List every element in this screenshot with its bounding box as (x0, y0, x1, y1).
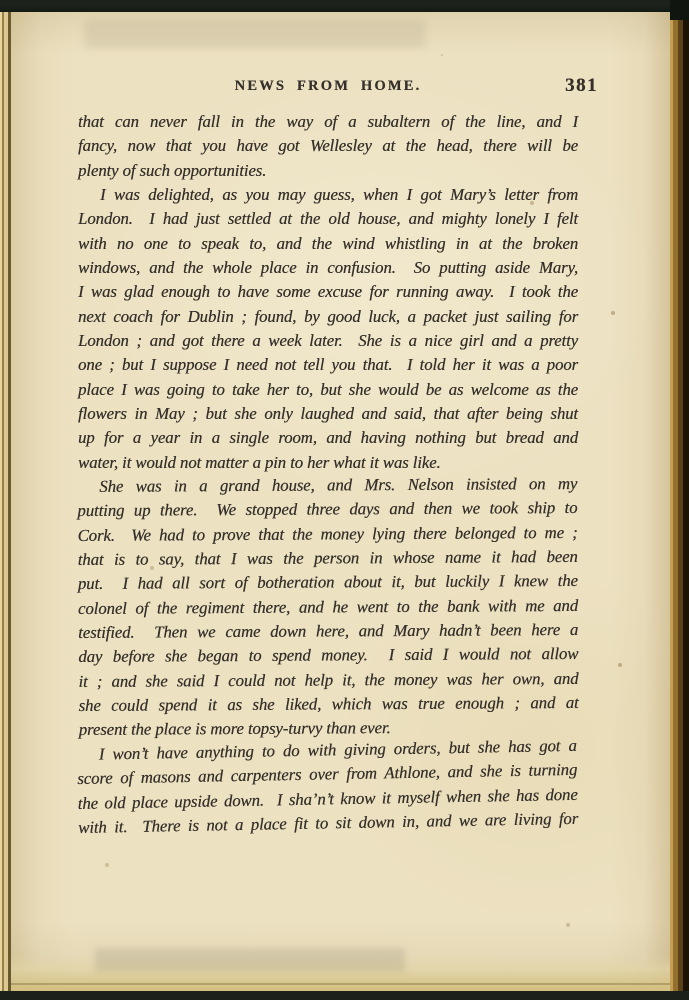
text-line: testified. Then we came down here, and M… (78, 618, 578, 645)
text-line: up for a year in a single room, and havi… (78, 426, 578, 450)
paragraph: I won’t have anything to do with giving … (77, 734, 579, 841)
text-line: I was delighted, as you may guess, when … (78, 183, 578, 207)
text-line: it ; and she said I could not help it, t… (78, 667, 578, 694)
text-line: she could spend it as she liked, which w… (79, 691, 579, 718)
text-line: one ; but I suppose I need not tell you … (78, 353, 578, 377)
text-line: fancy, now that you have got Wellesley a… (78, 134, 578, 158)
text-line: place I was going to take her to, but sh… (78, 378, 578, 402)
paragraph: that can never fall in the way of a suba… (78, 110, 578, 183)
scan-artifact-bottom (95, 948, 405, 972)
text-line: that can never fall in the way of a suba… (78, 110, 578, 134)
page-number: 381 (565, 75, 598, 97)
page-header-title: NEWS FROM HOME. (78, 78, 578, 95)
paragraph: She was in a grand house, and Mrs. Nelso… (77, 472, 579, 743)
text-line: put. I had all sort of botheration about… (78, 569, 578, 596)
text-line: windows, and the whole place in confusio… (78, 256, 578, 280)
text-line: She was in a grand house, and Mrs. Nelso… (77, 472, 577, 499)
text-line: plenty of such opportunities. (78, 159, 578, 183)
scan-artifact-top (85, 20, 425, 48)
text-line: with no one to speak to, and the wind wh… (78, 232, 578, 256)
running-header: NEWS FROM HOME. 381 (78, 78, 578, 100)
paragraph: I was delighted, as you may guess, when … (78, 183, 578, 475)
book-page-right-edge (670, 0, 689, 1000)
text-line: Cork. We had to prove that the money lyi… (77, 521, 577, 548)
text-line: London ; and got there a week later. She… (78, 329, 578, 353)
text-line: that is to say, that I was the person in… (78, 545, 578, 572)
page-crease-left-edge (0, 0, 11, 1000)
text-line: day before she began to spend money. I s… (78, 643, 578, 670)
text-line: next coach for Dublin ; found, by good l… (78, 305, 578, 329)
text-line: flowers in May ; but she only laughed an… (78, 402, 578, 426)
text-line: colonel of the regiment there, and he we… (78, 594, 578, 621)
scanned-book-photo: { "page": { "header_title": "NEWS FROM H… (0, 0, 689, 1000)
book-cover-corner (670, 0, 689, 20)
text-block: that can never fall in the way of a suba… (78, 110, 578, 840)
text-line: putting up there. We stopped three days … (77, 496, 577, 523)
book-cover-top-edge (0, 0, 689, 12)
text-line: London. I had just settled at the old ho… (78, 207, 578, 231)
text-line: I was glad enough to have some excuse fo… (78, 280, 578, 304)
book-cover-bottom-edge (0, 991, 689, 1000)
book-page: NEWS FROM HOME. 381 that can never fall … (11, 12, 670, 991)
